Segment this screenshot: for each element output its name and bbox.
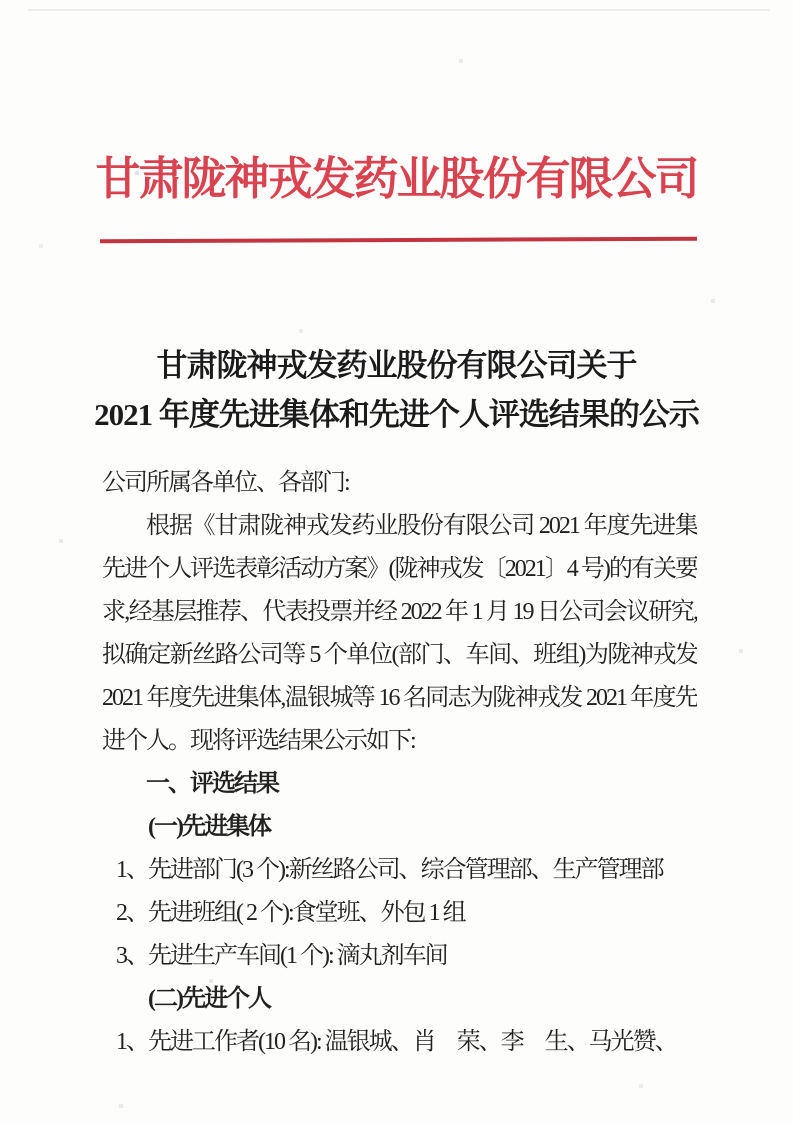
list-item-advanced-workers: 1、先进工作者(10 名): 温银城、肖 荣、李 生、马光赞、 [116, 1021, 697, 1064]
letterhead-rule [100, 237, 697, 244]
paragraph-line: 进个人。现将评选结果公示如下: [102, 720, 697, 763]
paragraph-line: 2021 年度先进集体,温银城等 16 名同志为陇神戎发 2021 年度先 [102, 677, 697, 720]
list-item-advanced-workshop: 3、先进生产车间(1 个): 滴丸剂车间 [116, 935, 697, 978]
document-title: 甘肃陇神戎发药业股份有限公司关于 2021 年度先进集体和先进个人评选结果的公示 [0, 341, 793, 439]
list-item-advanced-teams: 2、先进班组( 2 个):食堂班、外包 1 组 [116, 892, 697, 935]
scan-speckles [0, 0, 2, 2]
subsection-heading-advanced-individuals: (二)先进个人 [148, 978, 697, 1021]
paragraph-line: 拟确定新丝路公司等 5 个单位(部门、车间、班组)为陇神戎发 [102, 634, 697, 677]
document-body: 公司所属各单位、各部门: 根据《甘肃陇神戎发药业股份有限公司 2021 年度先进… [102, 462, 697, 1064]
document-title-line-2: 2021 年度先进集体和先进个人评选结果的公示 [0, 390, 793, 439]
paragraph-line: 求,经基层推荐、代表投票并经 2022 年 1 月 19 日公司会议研究, [102, 591, 697, 634]
paragraph-line: 根据《甘肃陇神戎发药业股份有限公司 2021 年度先进集体和 [102, 505, 697, 548]
list-item-advanced-departments: 1、先进部门(3 个):新丝路公司、综合管理部、生产管理部 [116, 849, 697, 892]
scan-artifact-line [28, 9, 770, 11]
scanned-document-page: 甘肃陇神戎发药业股份有限公司 甘肃陇神戎发药业股份有限公司关于 2021 年度先… [0, 0, 793, 1122]
letterhead-company-name: 甘肃陇神戎发药业股份有限公司 [0, 148, 793, 210]
section-heading-results: 一、评选结果 [146, 763, 697, 806]
paragraph-line: 先进个人评选表彰活动方案》(陇神戎发〔2021〕4 号)的有关要 [102, 548, 697, 591]
subsection-heading-advanced-collectives: (一)先进集体 [148, 806, 697, 849]
salutation: 公司所属各单位、各部门: [102, 462, 697, 505]
document-title-line-1: 甘肃陇神戎发药业股份有限公司关于 [0, 341, 793, 390]
